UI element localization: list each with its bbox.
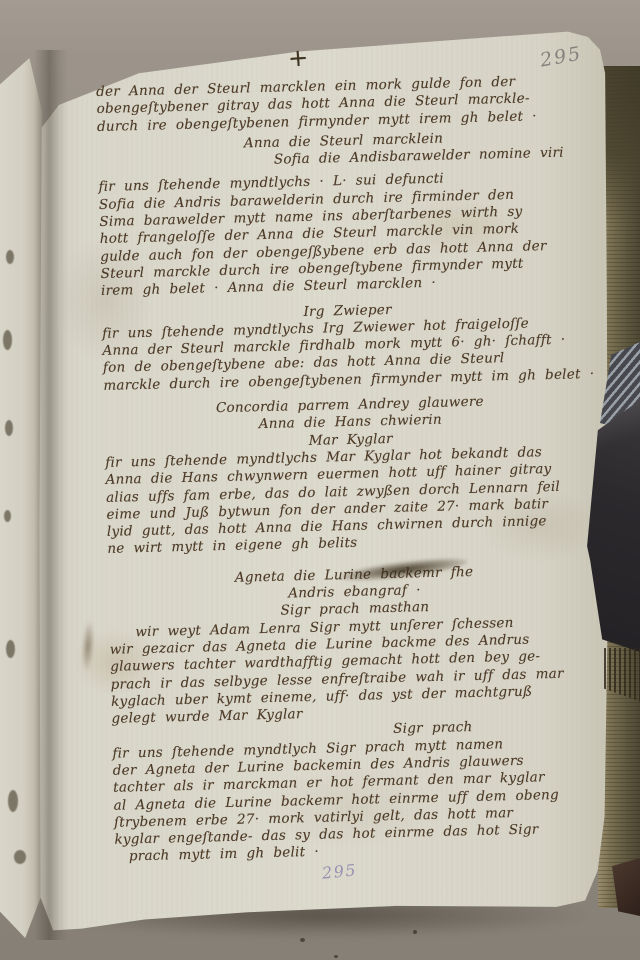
- table-speck: [413, 930, 417, 934]
- facing-page-ink-trace: [6, 640, 15, 658]
- facing-page-ink-trace: [8, 790, 18, 812]
- facing-page-ink-trace: [4, 510, 11, 522]
- gutter-shadow: [34, 50, 68, 940]
- table-speck: [300, 938, 305, 942]
- facing-page-ink-trace: [3, 330, 12, 350]
- facing-page-ink-trace: [14, 850, 26, 864]
- folio-number-violet: 295: [321, 860, 358, 883]
- facing-page-ink-trace: [6, 250, 14, 264]
- manuscript-text: der Anna der Steurl marcklen ein mork gu…: [96, 72, 607, 867]
- facing-page-ink-trace: [5, 420, 13, 436]
- table-speck: [334, 955, 338, 958]
- invocation-cross-mark: +: [287, 43, 309, 72]
